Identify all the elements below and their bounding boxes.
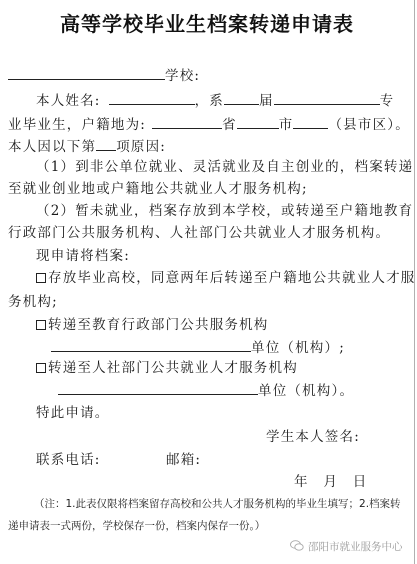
reason-1-line-1: （1）到非公单位就业、灵活就业及自主创业的，档案转递 (36, 158, 413, 176)
option-education-dept-text: 转递至教育行政部门公共服务机构 (48, 317, 269, 333)
hukou-label: 业毕业生，户籍地为: (8, 117, 146, 133)
reason-2-line-1: （2）暂未就业，档案存放到本学校，或转递至户籍地教育 (36, 202, 413, 220)
city-label: 市 (279, 117, 294, 133)
name-line: 本人姓名:，系届专 (36, 91, 394, 110)
hr-dept-unit-line: 单位（机构）。 (58, 381, 354, 400)
watermark: 邵阳市就业服务中心 (290, 539, 403, 554)
name-comma: ， (195, 93, 210, 109)
province-label: 省 (222, 117, 237, 133)
province-blank-field[interactable] (152, 115, 222, 129)
school-blank-field[interactable] (8, 66, 165, 80)
note-line-2: 递申请表一式两份，学校保存一份，档案内保存一份。） (8, 518, 265, 534)
option-hr-dept-checkbox[interactable] (36, 363, 46, 373)
name-blank-field[interactable] (109, 91, 195, 105)
date-label: 年 月 日 (294, 473, 368, 491)
education-dept-unit-suffix: 单位（机构）; (251, 340, 345, 356)
major-suffix: 专 (380, 93, 395, 109)
major-blank-field[interactable] (274, 91, 380, 105)
signature-label: 学生本人签名: (266, 428, 360, 446)
school-label: 学校: (165, 68, 200, 84)
county-label: （县市区）。 (328, 117, 409, 133)
closing-text: 特此申请。 (36, 404, 110, 422)
hr-dept-unit-blank-field[interactable] (58, 381, 258, 395)
reason-1-line-2: 至就业创业地或户籍地公共就业人才服务机构; (8, 180, 308, 198)
option-hr-dept-text: 转递至人社部门公共就业人才服务机构 (48, 360, 298, 376)
apply-label: 现申请将档案: (36, 247, 130, 265)
email-label: 邮箱: (166, 451, 201, 469)
option-keep-at-school-line-2: 务机构; (8, 293, 58, 311)
option-education-dept: 转递至教育行政部门公共服务机构 (36, 316, 269, 334)
option-keep-at-school: 存放毕业高校，同意两年后转递至户籍地公共就业人才服 (36, 269, 416, 287)
wechat-icon (290, 540, 304, 551)
option-education-dept-checkbox[interactable] (36, 320, 46, 330)
option-keep-at-school-checkbox[interactable] (36, 273, 46, 283)
education-dept-unit-line: 单位（机构）; (51, 338, 345, 357)
dept-blank-field[interactable] (224, 91, 259, 105)
watermark-text: 邵阳市就业服务中心 (308, 541, 403, 553)
option-hr-dept: 转递至人社部门公共就业人才服务机构 (36, 359, 298, 377)
note-line-1: （注：1.此表仅限将档案留存高校和公共人才服务机构的毕业生填写；2.档案转 (34, 496, 401, 512)
reason-line: 本人因以下第项原因: (8, 137, 166, 156)
reason-number-blank-field[interactable] (96, 137, 116, 151)
dept-label: 系 (209, 93, 224, 109)
hukou-line: 业毕业生，户籍地为:省市（县市区）。 (8, 115, 410, 134)
county-blank-field[interactable] (293, 115, 328, 129)
phone-label: 联系电话: (36, 451, 101, 469)
option-keep-at-school-text: 存放毕业高校，同意两年后转递至户籍地公共就业人才服 (48, 270, 416, 286)
hr-dept-unit-suffix: 单位（机构）。 (258, 383, 354, 399)
year-label: 届 (259, 93, 274, 109)
reason-prefix: 本人因以下第 (8, 139, 96, 155)
education-dept-unit-blank-field[interactable] (51, 338, 251, 352)
name-label: 本人姓名: (36, 93, 101, 109)
document-title: 高等学校毕业生档案转递申请表 (0, 8, 414, 37)
reason-2-line-2: 行政部门公共服务机构、人社部门公共就业人才服务机构。 (8, 224, 390, 242)
reason-suffix: 项原因: (116, 139, 166, 155)
city-blank-field[interactable] (237, 115, 279, 129)
school-line: 学校: (8, 66, 200, 85)
